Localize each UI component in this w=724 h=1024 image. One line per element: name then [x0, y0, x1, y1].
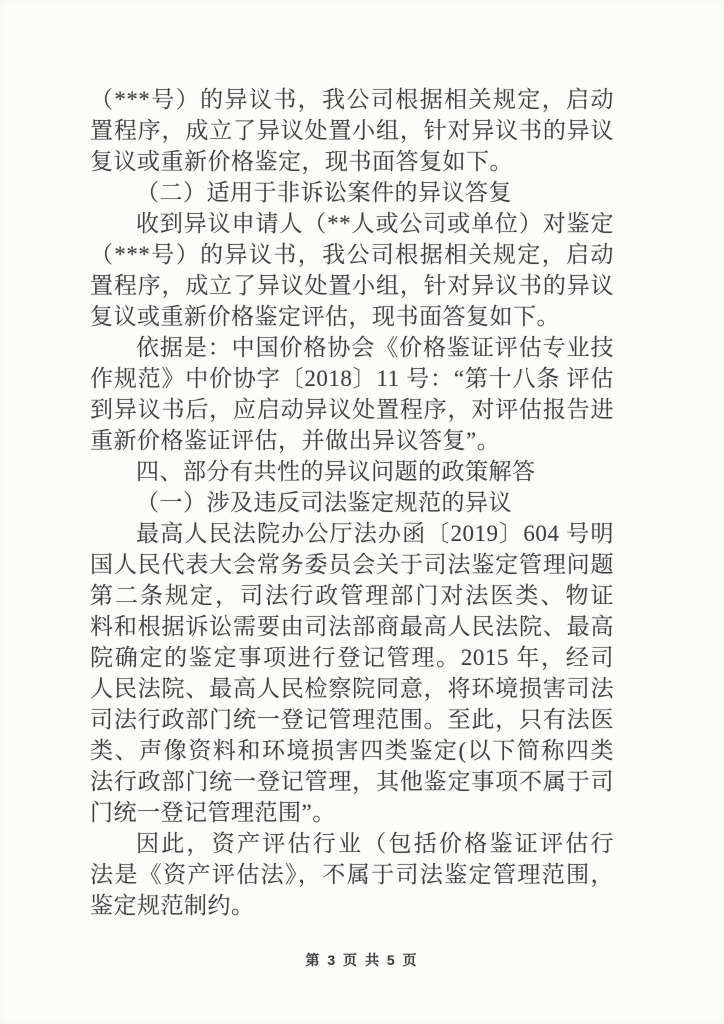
text-line: 到异议书后，应启动异议处置程序，对评估报告进行复议或: [90, 394, 614, 425]
text-line: （一）涉及违反司法鉴定规范的异议: [90, 487, 614, 518]
text-line: 因此，资产评估行业（包括价格鉴证评估行业）的基本: [90, 828, 614, 859]
text-line: 人民法院、最高人民检察院同意，将环境损害司法鉴定纳入: [90, 673, 614, 704]
text-line: 料和根据诉讼需要由司法部商最高人民法院、最高人民检察: [90, 611, 614, 642]
document-text-block: （***号）的异议书，我公司根据相关规定，启动了异议处置程序，成立了异议处置小组…: [90, 84, 614, 921]
text-line: 鉴定规范制约。: [90, 890, 614, 921]
text-line: （***号）的异议书，我公司根据相关规定，启动了异议处: [90, 84, 614, 115]
text-line: 置程序，成立了异议处置小组，针对异议书的异议内容进行: [90, 270, 614, 301]
text-line: 类、声像资料和环境损害四类鉴定(以下简称四类鉴定)由司: [90, 735, 614, 766]
text-line: 四、部分有共性的异议问题的政策解答: [90, 456, 614, 487]
text-line: 最高人民法院办公厅法办函〔2019〕604 号明确：“《全: [90, 518, 614, 549]
text-line: 依据是：中国价格协会《价格鉴证评估专业技术评审工: [90, 332, 614, 363]
text-line: 门统一登记管理范围”。: [90, 797, 614, 828]
text-line: 置程序，成立了异议处置小组，针对异议书的异议内容进行: [90, 115, 614, 146]
text-line: （***号）的异议书，我公司根据相关规定，启动了异议处: [90, 239, 614, 270]
document-page: （***号）的异议书，我公司根据相关规定，启动了异议处置程序，成立了异议处置小组…: [0, 0, 724, 1024]
text-line: 复议或重新价格鉴定评估，现书面答复如下。: [90, 301, 614, 332]
text-line: 复议或重新价格鉴定，现书面答复如下。: [90, 146, 614, 177]
text-line: 重新价格鉴证评估，并做出异议答复”。: [90, 425, 614, 456]
text-line: 法是《资产评估法》，不属于司法鉴定管理范围，不受司法: [90, 859, 614, 890]
text-line: 院确定的鉴定事项进行登记管理。2015 年，经司法部商最高: [90, 642, 614, 673]
text-line: 收到异议申请人（**人或公司或单位）对鉴定评估报告: [90, 208, 614, 239]
text-line: 司法行政部门统一登记管理范围。至此，只有法医类、物证: [90, 704, 614, 735]
page-footer: 第 3 页 共 5 页: [0, 950, 724, 970]
text-line: （二）适用于非诉讼案件的异议答复: [90, 177, 614, 208]
text-line: 第二条规定，司法行政管理部门对法医类、物证类、声像资: [90, 580, 614, 611]
text-line: 作规范》中价协字〔2018〕11 号：“第十八条 评估机构收: [90, 363, 614, 394]
text-line: 法行政部门统一登记管理，其他鉴定事项不属于司法行政部: [90, 766, 614, 797]
text-line: 国人民代表大会常务委员会关于司法鉴定管理问题的决定》: [90, 549, 614, 580]
